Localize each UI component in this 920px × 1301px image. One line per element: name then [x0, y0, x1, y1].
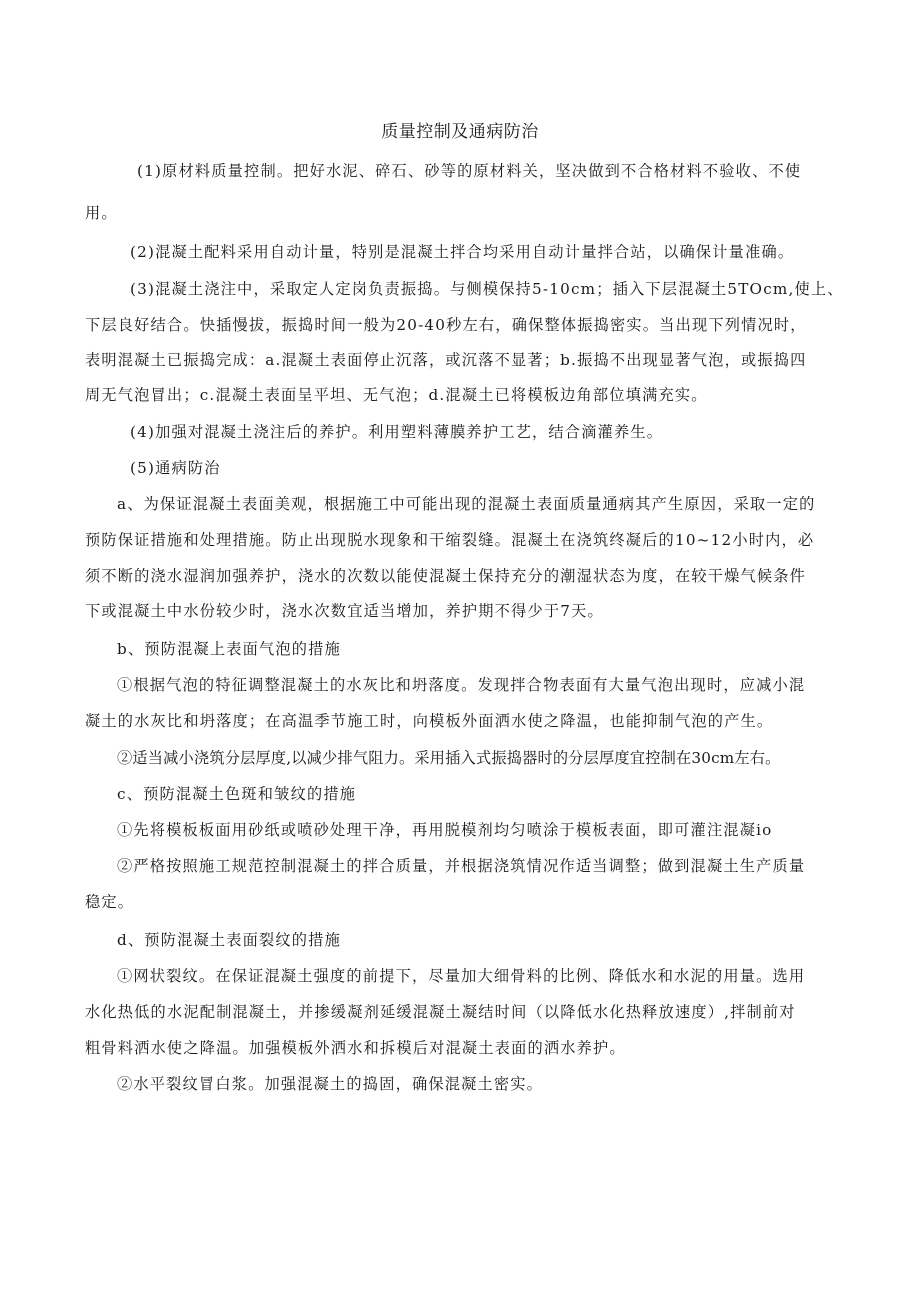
- paragraph-3-line-3: 表明混凝土已振捣完成：a.混凝土表面停止沉落，或沉落不显著；b.振捣不出现显著气…: [85, 350, 807, 370]
- paragraph-b2-line-1: ②适当减小浇筑分层厚度,以减少排气阻力。采用插入式振捣器时的分层厚度宜控制在30…: [117, 748, 781, 768]
- paragraph-b1-line-1: ①根据气泡的特征调整混凝土的水灰比和坍落度。发现拌合物表面有大量气泡出现时，应减…: [117, 675, 805, 695]
- section-c-heading: c、预防混凝土色斑和皱纹的措施: [117, 784, 356, 804]
- paragraph-c2-line-2: 稳定。: [85, 892, 134, 912]
- paragraph-a-line-2: 预防保证措施和处理措施。防止出现脱水现象和干缩裂缝。混凝土在浇筑终凝后的10~1…: [85, 530, 814, 550]
- section-d-heading: d、预防混凝土表面裂纹的措施: [117, 930, 341, 950]
- paragraph-1-line-1: (1)原材料质量控制。把好水泥、碎石、砂等的原材料关，坚决做到不合格材料不验收、…: [137, 161, 801, 181]
- paragraph-4-line-1: (4)加强对混凝土浇注后的养护。利用塑料薄膜养护工艺，结合滴灌养生。: [130, 422, 663, 442]
- paragraph-d1-line-3: 粗骨料洒水使之降温。加强模板外洒水和拆模后对混凝土表面的洒水养护。: [85, 1038, 626, 1058]
- paragraph-b1-line-2: 凝土的水灰比和坍落度；在高温季节施工时，向模板外面洒水使之降温，也能抑制气泡的产…: [85, 711, 773, 731]
- paragraph-5-heading: (5)通病防治: [130, 458, 221, 478]
- paragraph-a-line-4: 下或混凝土中水份较少时，浇水次数宜适当增加，养护期不得少于7天。: [85, 601, 604, 621]
- document-page: 质量控制及通病防治 (1)原材料质量控制。把好水泥、碎石、砂等的原材料关，坚决做…: [0, 0, 920, 1301]
- paragraph-3-line-4: 周无气泡冒出；c.混凝土表面呈平坦、无气泡；d.混凝土已将模板边角部位填满充实。: [85, 385, 708, 405]
- section-b-heading: b、预防混凝上表面气泡的措施: [117, 639, 341, 659]
- page-title: 质量控制及通病防治: [0, 117, 920, 142]
- paragraph-1-line-2: 用。: [85, 203, 118, 223]
- paragraph-a-line-3: 须不断的浇水湿润加强养护，浇水的次数以能使混凝土保持充分的潮湿状态为度，在较干燥…: [85, 566, 806, 586]
- paragraph-a-line-1: a、为保证混凝土表面美观，根据施工中可能出现的混凝土表面质量通病其产生原因，采取…: [117, 494, 816, 514]
- paragraph-3-line-2: 下层良好结合。快插慢拔，振捣时间一般为20-40秒左右，确保整体振捣密实。当出现…: [85, 315, 807, 335]
- paragraph-3-line-1: (3)混凝土浇注中，采取定人定岗负责振捣。与侧模保持5-10cm；插入下层混凝土…: [130, 279, 844, 299]
- paragraph-d1-line-2: 水化热低的水泥配制混凝土，并掺缓凝剂延缓混凝土凝结时间（以降低水化热释放速度）,…: [85, 1002, 796, 1022]
- paragraph-d1-line-1: ①网状裂纹。在保证混凝土强度的前提下，尽量加大细骨料的比例、降低水和水泥的用量。…: [117, 966, 805, 986]
- paragraph-c2-line-1: ②严格按照施工规范控制混凝土的拌合质量，并根据浇筑情况作适当调整；做到混凝土生产…: [117, 856, 805, 876]
- paragraph-c1-line-1: ①先将模板板面用砂纸或喷砂处理干净，再用脱模剂均匀喷涂于模板表面，即可灌注混凝i…: [117, 820, 773, 840]
- paragraph-d2-line-1: ②水平裂纹冒白浆。加强混凝土的捣固，确保混凝土密实。: [117, 1074, 543, 1094]
- paragraph-2-line-1: (2)混凝土配料采用自动计量，特别是混凝土拌合均采用自动计量拌合站，以确保计量准…: [130, 242, 794, 262]
